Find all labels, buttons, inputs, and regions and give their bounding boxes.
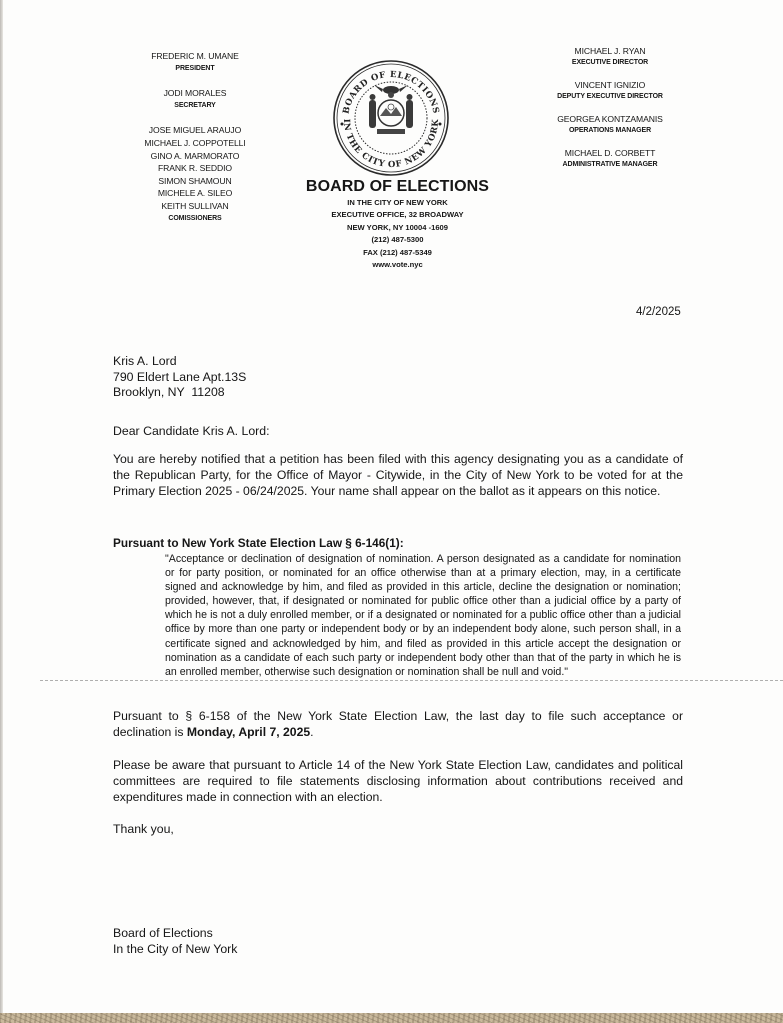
letterhead-commissioners: FREDERIC M. UMANEPRESIDENTJODI MORALESSE… (120, 50, 270, 225)
notice-paragraph: You are hereby notified that a petition … (113, 451, 683, 499)
staff-name: MICHAEL D. CORBETT (535, 147, 685, 159)
org-subtitle: IN THE CITY OF NEW YORK (290, 197, 505, 209)
recipient-name: Kris A. Lord (113, 354, 246, 370)
org-title: BOARD OF ELECTIONS (290, 177, 505, 197)
deadline-suffix: . (310, 725, 313, 739)
staff-role: EXECUTIVE DIRECTOR (535, 57, 685, 69)
staff-name: MICHAEL J. RYAN (535, 45, 685, 57)
recipient-address: Kris A. Lord 790 Eldert Lane Apt.13S Bro… (113, 354, 246, 401)
commissioner-name: GINO A. MARMORATO (120, 150, 270, 163)
org-website: www.vote.nyc (290, 259, 505, 271)
letter-date: 4/2/2025 (636, 306, 681, 318)
signature-org: Board of Elections (113, 925, 237, 941)
background-floor (0, 1013, 783, 1023)
law-quote: "Acceptance or declination of designatio… (165, 552, 681, 679)
staff-role: DEPUTY EXECUTIVE DIRECTOR (535, 91, 685, 103)
commissioner-name: FREDERIC M. UMANE (120, 50, 270, 63)
commissioner-role: COMISSIONERS (120, 213, 270, 226)
salutation: Dear Candidate Kris A. Lord: (113, 424, 270, 438)
scan-artifact-line (40, 680, 783, 681)
commissioner-name: FRANK R. SEDDIO (120, 162, 270, 175)
law-heading: Pursuant to New York State Election Law … (113, 536, 404, 550)
commissioner-name: JOSE MIGUEL ARAUJO (120, 124, 270, 137)
deadline-paragraph: Pursuant to § 6-158 of the New York Stat… (113, 708, 683, 740)
staff-role: ADMINISTRATIVE MANAGER (535, 159, 685, 171)
org-phone: (212) 487-5300 (290, 234, 505, 246)
closing: Thank you, (113, 822, 174, 836)
board-of-elections-seal-icon: BOARD OF ELECTIONS IN THE CITY OF NEW YO… (330, 58, 452, 178)
staff-role: OPERATIONS MANAGER (535, 125, 685, 137)
commissioner-role: PRESIDENT (120, 63, 270, 76)
deadline-date: Monday, April 7, 2025 (187, 725, 310, 739)
org-address: EXECUTIVE OFFICE, 32 BROADWAY (290, 209, 505, 221)
commissioner-role: SECRETARY (120, 100, 270, 113)
disclosure-paragraph: Please be aware that pursuant to Article… (113, 757, 683, 805)
staff-name: GEORGEA KONTZAMANIS (535, 113, 685, 125)
signature-city: In the City of New York (113, 941, 237, 957)
letterhead-staff: MICHAEL J. RYAN EXECUTIVE DIRECTOR VINCE… (535, 45, 685, 171)
org-fax: FAX (212) 487-5349 (290, 247, 505, 259)
letterhead-org-block: BOARD OF ELECTIONS IN THE CITY OF NEW YO… (290, 177, 505, 271)
signature-block: Board of Elections In the City of New Yo… (113, 925, 237, 957)
commissioner-name: KEITH SULLIVAN (120, 200, 270, 213)
commissioner-name: JODI MORALES (120, 87, 270, 100)
commissioner-name: MICHELE A. SILEO (120, 187, 270, 200)
page-edge (0, 0, 3, 1013)
staff-name: VINCENT IGNIZIO (535, 79, 685, 91)
commissioner-name: SIMON SHAMOUN (120, 175, 270, 188)
recipient-city: Brooklyn, NY 11208 (113, 385, 246, 401)
org-city: NEW YORK, NY 10004 -1609 (290, 222, 505, 234)
recipient-street: 790 Eldert Lane Apt.13S (113, 370, 246, 386)
commissioner-name: MICHAEL J. COPPOTELLI (120, 137, 270, 150)
